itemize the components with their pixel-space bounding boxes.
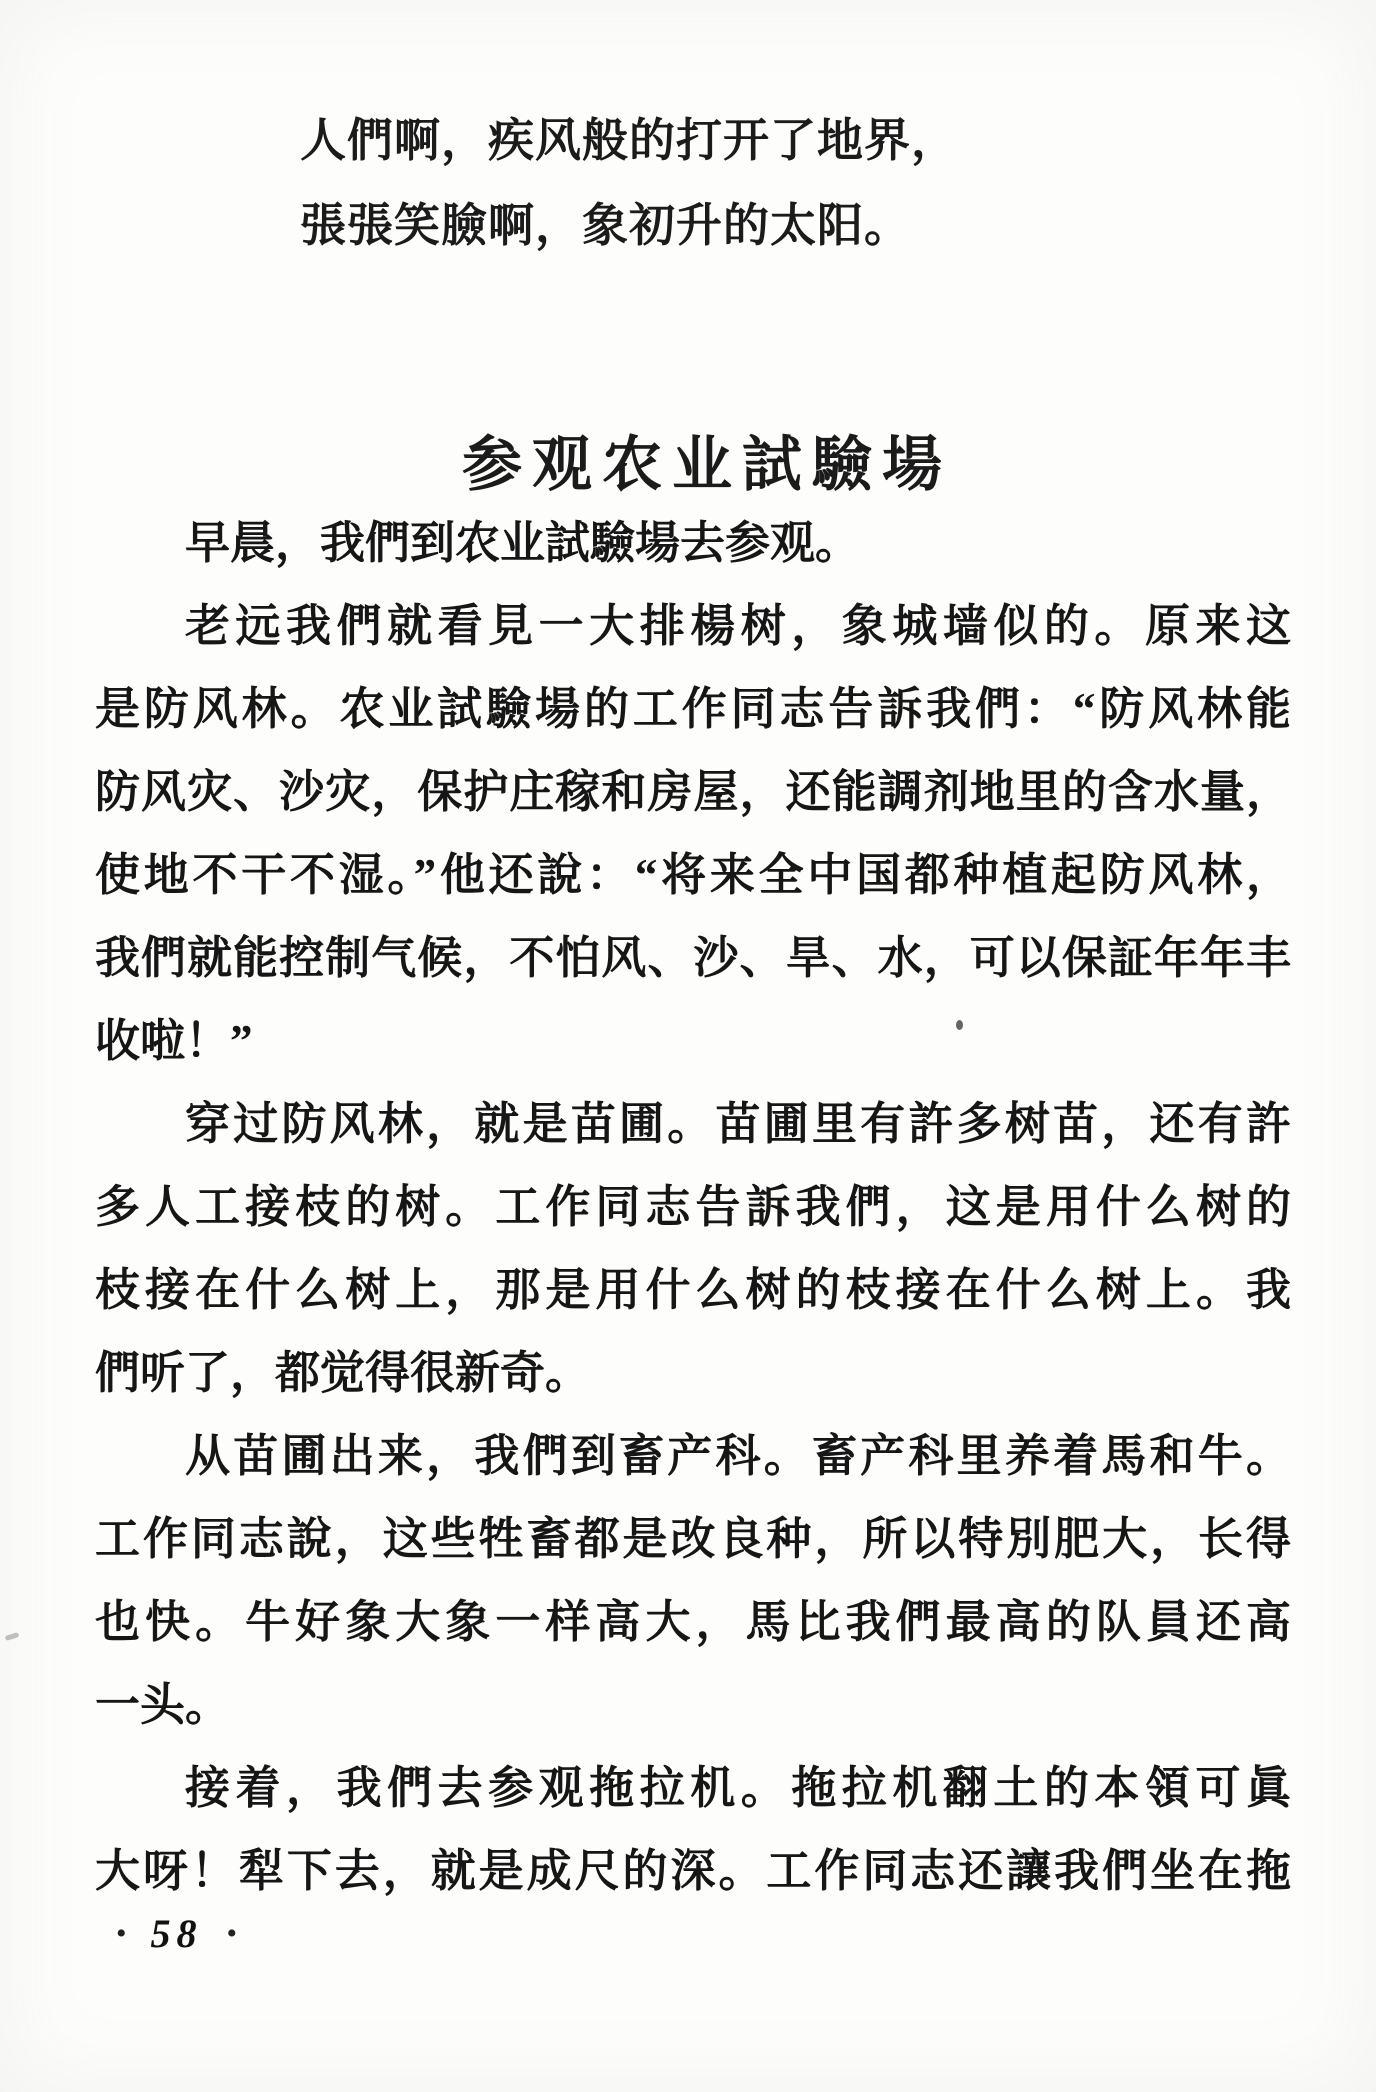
- text-line: 大呀！犁下去，就是成尺的深。工作同志还讓我們坐在拖: [95, 1830, 1291, 1913]
- ink-speck: [956, 1020, 963, 1030]
- footer-dot-left: •: [116, 1908, 127, 1960]
- ink-speck: [5, 1632, 20, 1641]
- text-line: 防风灾、沙灾，保护庄稼和房屋，还能調剂地里的含水量，: [95, 751, 1291, 834]
- page-number: 58: [151, 1908, 203, 1960]
- footer-dot-right: •: [227, 1908, 238, 1960]
- text-line: 們听了，都觉得很新奇。: [95, 1332, 1291, 1415]
- text-line: 枝接在什么树上，那是用什么树的枝接在什么树上。我: [95, 1249, 1291, 1332]
- text-line: 从苗圃出来，我們到畜产科。畜产科里养着馬和牛。: [95, 1415, 1291, 1498]
- text-line: 一头。: [95, 1664, 1291, 1747]
- text-line: 穿过防风林，就是苗圃。苗圃里有許多树苗，还有許: [95, 1083, 1291, 1166]
- poem-excerpt: 人們啊，疾风般的打开了地界， 張張笑臉啊，象初升的太阳。: [300, 98, 958, 268]
- text-line: 老远我們就看見一大排楊树，象城墙似的。原来这: [95, 585, 1291, 668]
- chapter-title: 参观农业試驗場: [38, 423, 1376, 507]
- text-line: 也快。牛好象大象一样高大，馬比我們最高的队員还高: [95, 1581, 1291, 1664]
- poem-line: 人們啊，疾风般的打开了地界，: [300, 98, 958, 183]
- page-footer: • 58 •: [116, 1908, 237, 1960]
- text-line: 早晨，我們到农业試驗場去参观。: [95, 502, 1291, 585]
- text-line: 收啦！”: [95, 1000, 1291, 1083]
- text-line: 多人工接枝的树。工作同志告訴我們，这是用什么树的: [95, 1166, 1291, 1249]
- body-text: 早晨，我們到农业試驗場去参观。 老远我們就看見一大排楊树，象城墙似的。原来这 是…: [95, 502, 1291, 1913]
- text-line: 我們就能控制气候，不怕风、沙、旱、水，可以保証年年丰: [95, 917, 1291, 1000]
- scanned-book-page: 人們啊，疾风般的打开了地界， 張張笑臉啊，象初升的太阳。 参观农业試驗場 早晨，…: [0, 0, 1376, 2092]
- poem-line: 張張笑臉啊，象初升的太阳。: [300, 183, 958, 268]
- text-line: 工作同志說，这些牲畜都是改良种，所以特別肥大，长得: [95, 1498, 1291, 1581]
- text-line: 是防风林。农业試驗場的工作同志告訴我們：“防风林能: [95, 668, 1291, 751]
- text-line: 接着，我們去参观拖拉机。拖拉机翻土的本領可眞: [95, 1747, 1291, 1830]
- text-line: 使地不干不湿。”他还說：“将来全中国都种植起防风林，: [95, 834, 1291, 917]
